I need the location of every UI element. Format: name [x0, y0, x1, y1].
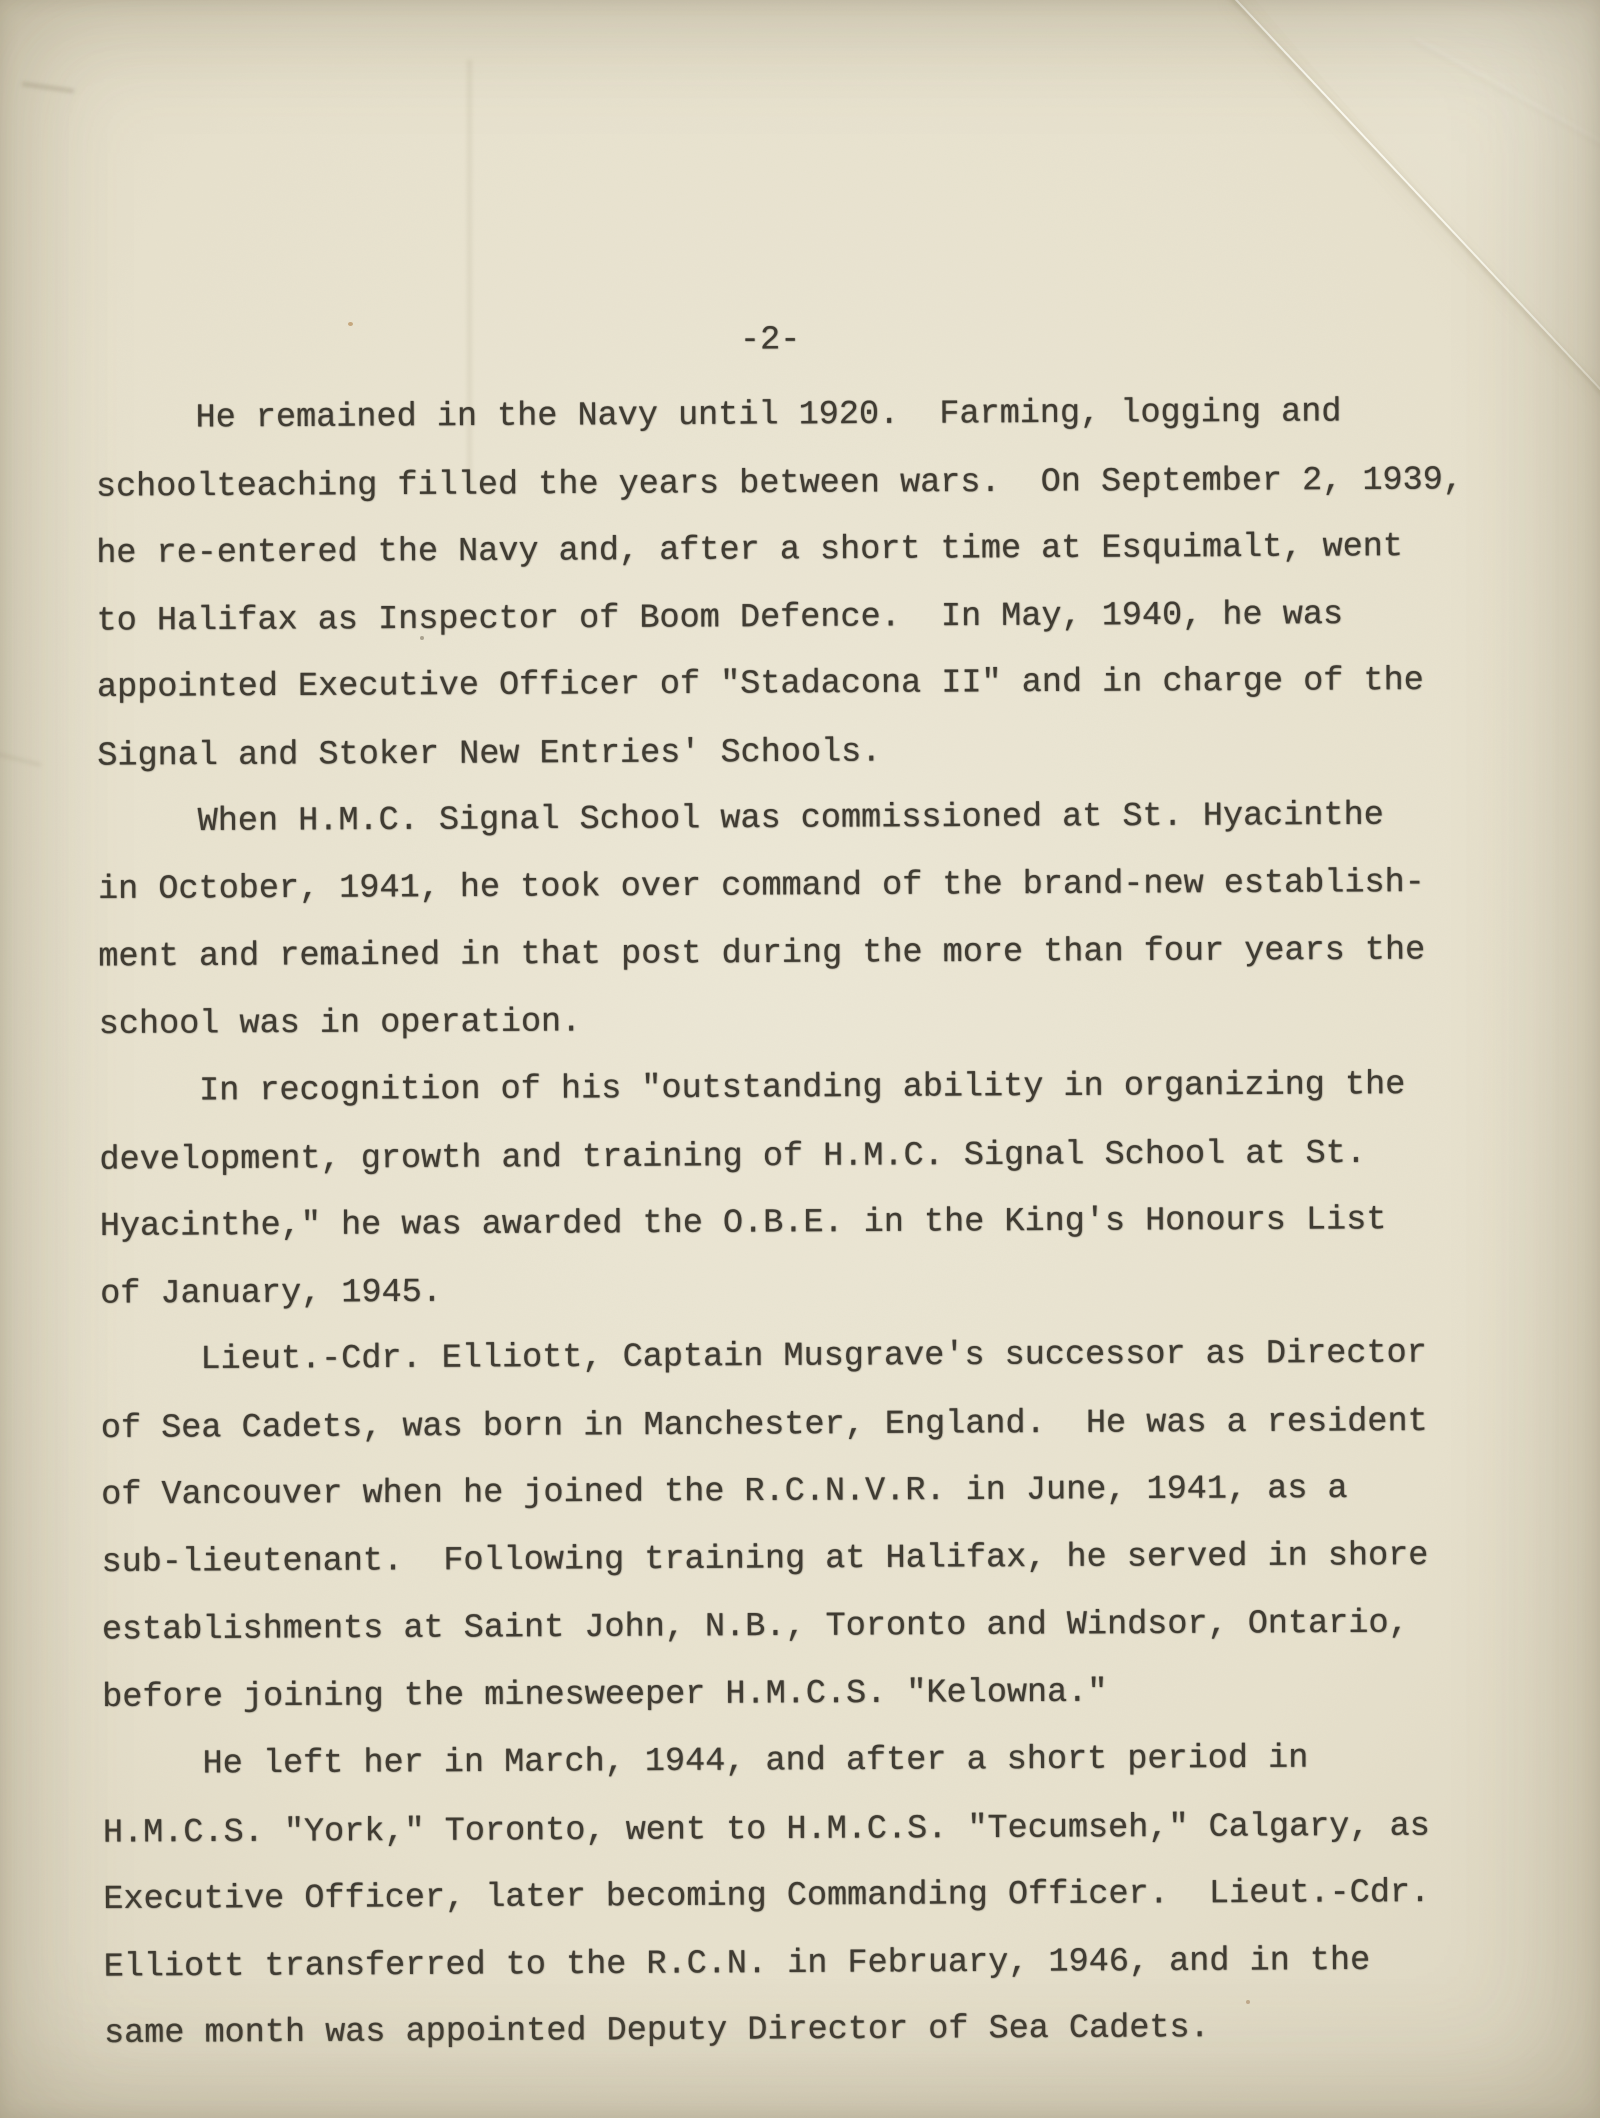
- text-line: When H.M.C. Signal School was commission…: [98, 782, 1498, 857]
- text-line: ment and remained in that post during th…: [98, 917, 1498, 992]
- paragraph: He remained in the Navy until 1920. Farm…: [95, 379, 1497, 790]
- text-line: same month was appointed Deputy Director…: [104, 1994, 1504, 2069]
- text-line: to Halifax as Inspector of Boom Defence.…: [96, 581, 1496, 656]
- text-line: of Vancouver when he joined the R.C.N.V.…: [101, 1455, 1501, 1530]
- text-line: Lieut.-Cdr. Elliott, Captain Musgrave's …: [100, 1321, 1500, 1396]
- paragraphs-container: He remained in the Navy until 1920. Farm…: [95, 379, 1504, 2069]
- top-left-crease: [22, 82, 74, 92]
- text-line: He left her in March, 1944, and after a …: [102, 1725, 1502, 1800]
- text-line: sub-lieutenant. Following training at Ha…: [101, 1523, 1501, 1598]
- text-line: schoolteaching filled the years between …: [96, 447, 1496, 522]
- paragraph: He left her in March, 1944, and after a …: [102, 1725, 1504, 2069]
- text-line: Executive Officer, later becoming Comman…: [103, 1859, 1503, 1934]
- text-line: school was in operation.: [99, 985, 1499, 1060]
- text-line: establishments at Saint John, N.B., Toro…: [102, 1590, 1502, 1665]
- text-line: Hyacinthe," he was awarded the O.B.E. in…: [100, 1187, 1500, 1262]
- text-line: in October, 1941, he took over command o…: [98, 850, 1498, 925]
- text-line: H.M.C.S. "York," Toronto, went to H.M.C.…: [103, 1793, 1503, 1868]
- secondary-crease-top-right: [1415, 38, 1600, 156]
- text-line: of January, 1945.: [100, 1254, 1500, 1329]
- paragraph: In recognition of his "outstanding abili…: [99, 1052, 1500, 1329]
- text-line: He remained in the Navy until 1920. Farm…: [95, 379, 1495, 454]
- text-line: development, growth and training of H.M.…: [99, 1120, 1499, 1195]
- left-margin-crease: [0, 752, 42, 766]
- scanned-document-page: -2- He remained in the Navy until 1920. …: [0, 0, 1600, 2118]
- text-line: before joining the minesweeper H.M.C.S. …: [102, 1658, 1502, 1733]
- paragraph: When H.M.C. Signal School was commission…: [98, 783, 1499, 1060]
- text-line: Signal and Stoker New Entries' Schools.: [97, 716, 1497, 791]
- paragraph: Lieut.-Cdr. Elliott, Captain Musgrave's …: [100, 1321, 1502, 1732]
- text-line: Elliott transferred to the R.C.N. in Feb…: [104, 1927, 1504, 2002]
- text-line: he re-entered the Navy and, after a shor…: [96, 514, 1496, 589]
- text-line: In recognition of his "outstanding abili…: [99, 1052, 1499, 1127]
- text-line: of Sea Cadets, was born in Manchester, E…: [101, 1388, 1501, 1463]
- text-line: appointed Executive Officer of "Stadacon…: [97, 648, 1497, 723]
- document-body: -2- He remained in the Navy until 1920. …: [95, 304, 1504, 2069]
- page-number: -2-: [95, 304, 1445, 378]
